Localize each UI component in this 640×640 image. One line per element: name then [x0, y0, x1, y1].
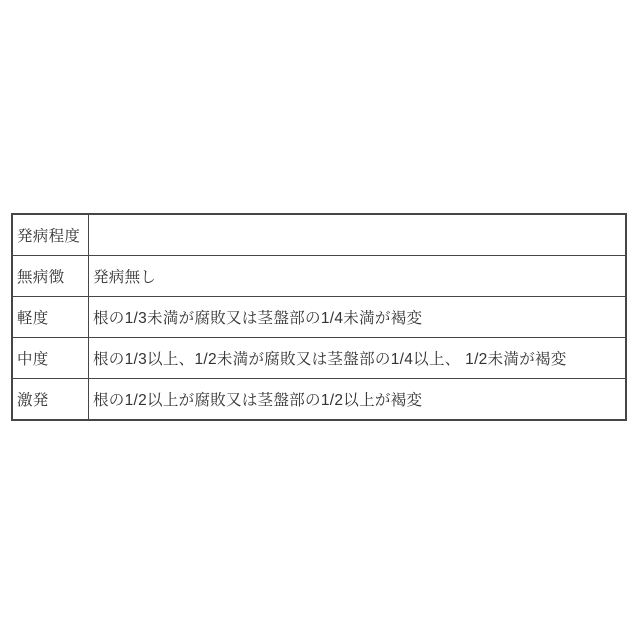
severity-level-cell: 軽度 — [12, 297, 89, 338]
table-row: 激発 根の1/2以上が腐敗又は茎盤部の1/2以上が褐変 — [12, 379, 626, 421]
disease-severity-table: 発病程度 無病徴 発病無し 軽度 根の1/3未満が腐敗又は茎盤部の1/4未満が褐… — [11, 213, 627, 421]
severity-level-cell: 中度 — [12, 338, 89, 379]
severity-description-cell: 根の1/3以上、1/2未満が腐敗又は茎盤部の1/4以上、 1/2未満が褐変 — [89, 338, 627, 379]
table-row: 軽度 根の1/3未満が腐敗又は茎盤部の1/4未満が褐変 — [12, 297, 626, 338]
severity-description-cell: 根の1/3未満が腐敗又は茎盤部の1/4未満が褐変 — [89, 297, 627, 338]
table-row-header: 発病程度 — [12, 214, 626, 256]
severity-level-cell: 無病徴 — [12, 256, 89, 297]
severity-description-cell — [89, 214, 627, 256]
severity-level-cell: 激発 — [12, 379, 89, 421]
severity-description-cell: 発病無し — [89, 256, 627, 297]
severity-level-cell: 発病程度 — [12, 214, 89, 256]
severity-description-cell: 根の1/2以上が腐敗又は茎盤部の1/2以上が褐変 — [89, 379, 627, 421]
table-row: 無病徴 発病無し — [12, 256, 626, 297]
table-row: 中度 根の1/3以上、1/2未満が腐敗又は茎盤部の1/4以上、 1/2未満が褐変 — [12, 338, 626, 379]
severity-table-container: 発病程度 無病徴 発病無し 軽度 根の1/3未満が腐敗又は茎盤部の1/4未満が褐… — [11, 213, 627, 421]
